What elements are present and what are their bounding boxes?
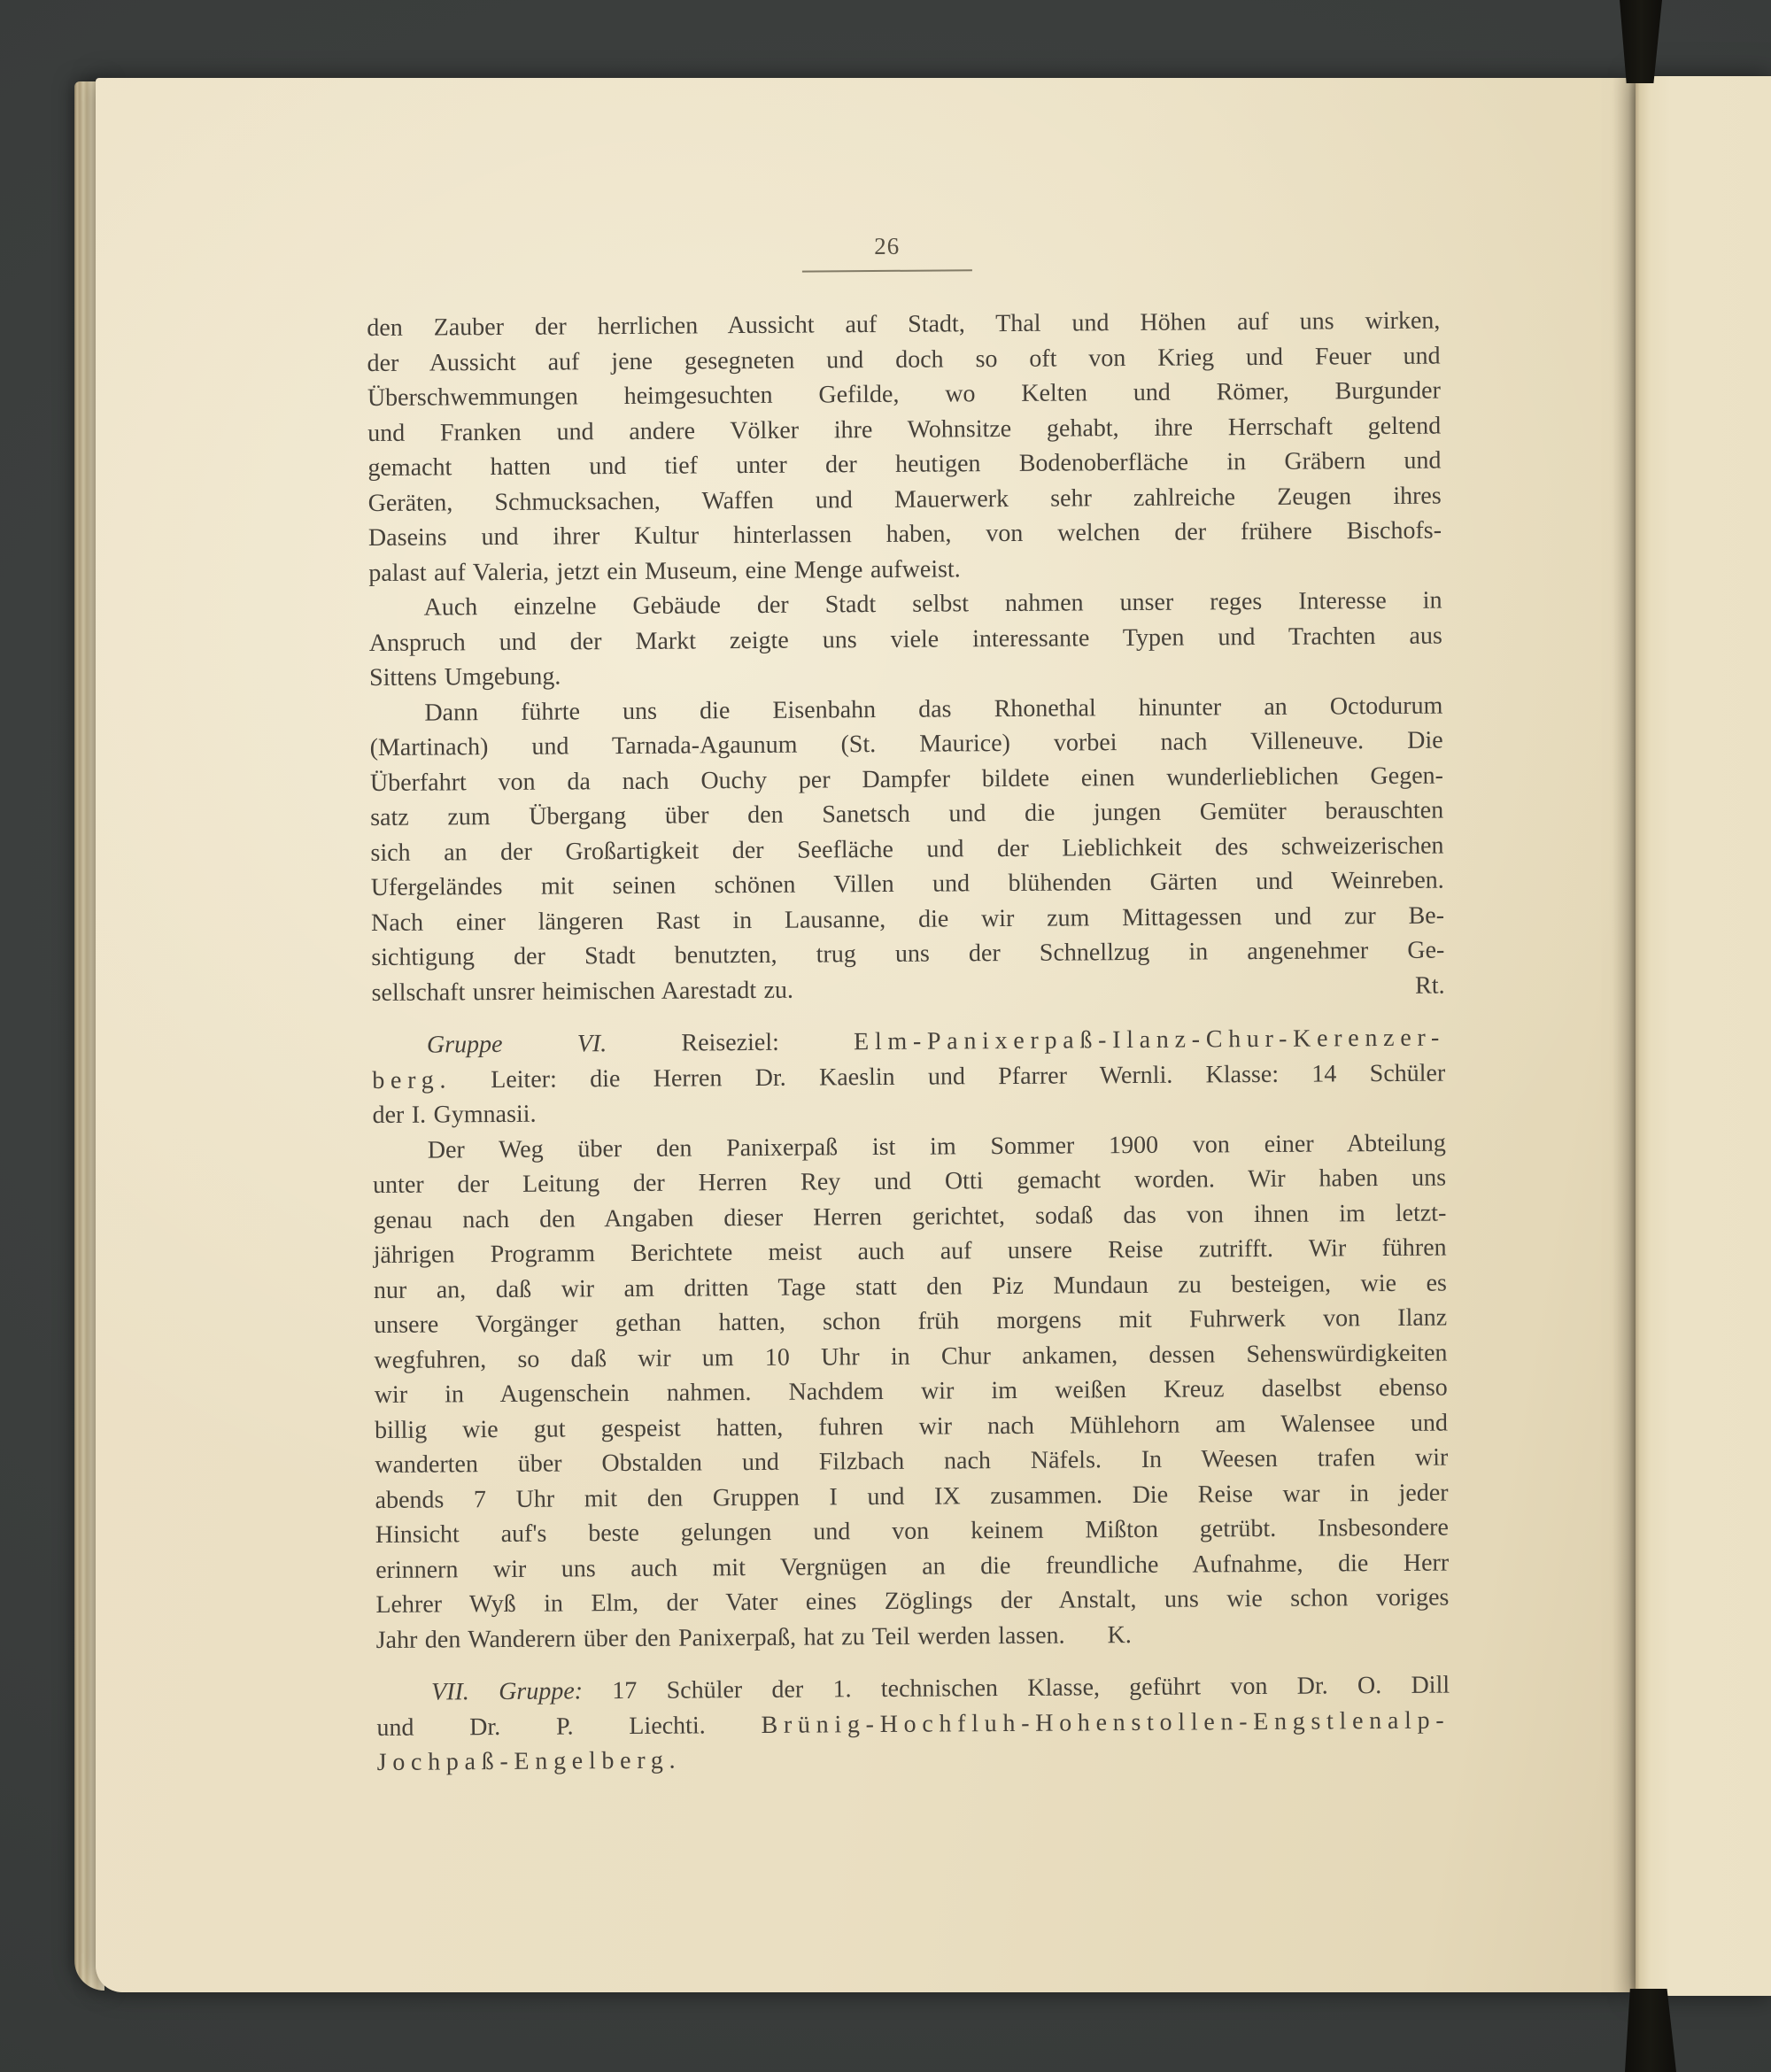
paragraph: VII. Gruppe: 17 Schüler der 1. technisch… [376, 1668, 1450, 1781]
paragraph: Der Weg über den Panixerpaß ist im Somme… [373, 1125, 1450, 1658]
paragraph: den Zauber der herrlichen Aussicht auf S… [367, 304, 1442, 591]
text-line: und Dr. P. Liechti. Brünig-Hochfluh-Hohe… [376, 1703, 1450, 1745]
text-line: berg. Leiter: die Herren Dr. Kaeslin und… [372, 1055, 1445, 1098]
page-text: den Zauber der herrlichen Aussicht auf S… [367, 304, 1450, 1781]
book-scan: 26 den Zauber der herrlichen Aussicht au… [0, 0, 1771, 2072]
text-line: Daseins und ihrer Kultur hinterlassen ha… [368, 514, 1442, 556]
text-line: Jahr den Wanderern über den Panixerpaß, … [376, 1615, 1450, 1658]
text-line: sichtigung der Stadt benutzten, trug uns… [371, 933, 1444, 976]
text-line: sellschaft unsrer heimischen Aarestadt z… [371, 968, 1444, 1010]
paragraph: Gruppe VI. Reiseziel: Elm-Panixerpaß-Ila… [372, 1021, 1446, 1133]
bookmark-ribbon-bottom-icon [1625, 1989, 1676, 2072]
facing-page-edge [1636, 76, 1771, 1996]
author-initials: K. [1107, 1621, 1131, 1649]
page-number: 26 [802, 234, 972, 272]
author-initials: Rt. [1415, 968, 1445, 1003]
text-line: Jochpaß-Engelberg. [377, 1738, 1450, 1781]
bookmark-ribbon-top-icon [1620, 0, 1662, 83]
text-line: Lehrer Wyß in Elm, der Vater eines Zögli… [375, 1581, 1449, 1623]
page-text-layer: 26 den Zauber der herrlichen Aussicht au… [367, 304, 1450, 1781]
text-line: Anspruch und der Markt zeigte uns viele … [369, 618, 1442, 661]
paragraph: Dann führte uns die Eisenbahn das Rhonet… [369, 688, 1444, 1010]
paragraph: Auch einzelne Gebäude der Stadt selbst n… [368, 584, 1442, 696]
page-number-row: 26 [367, 231, 1440, 275]
